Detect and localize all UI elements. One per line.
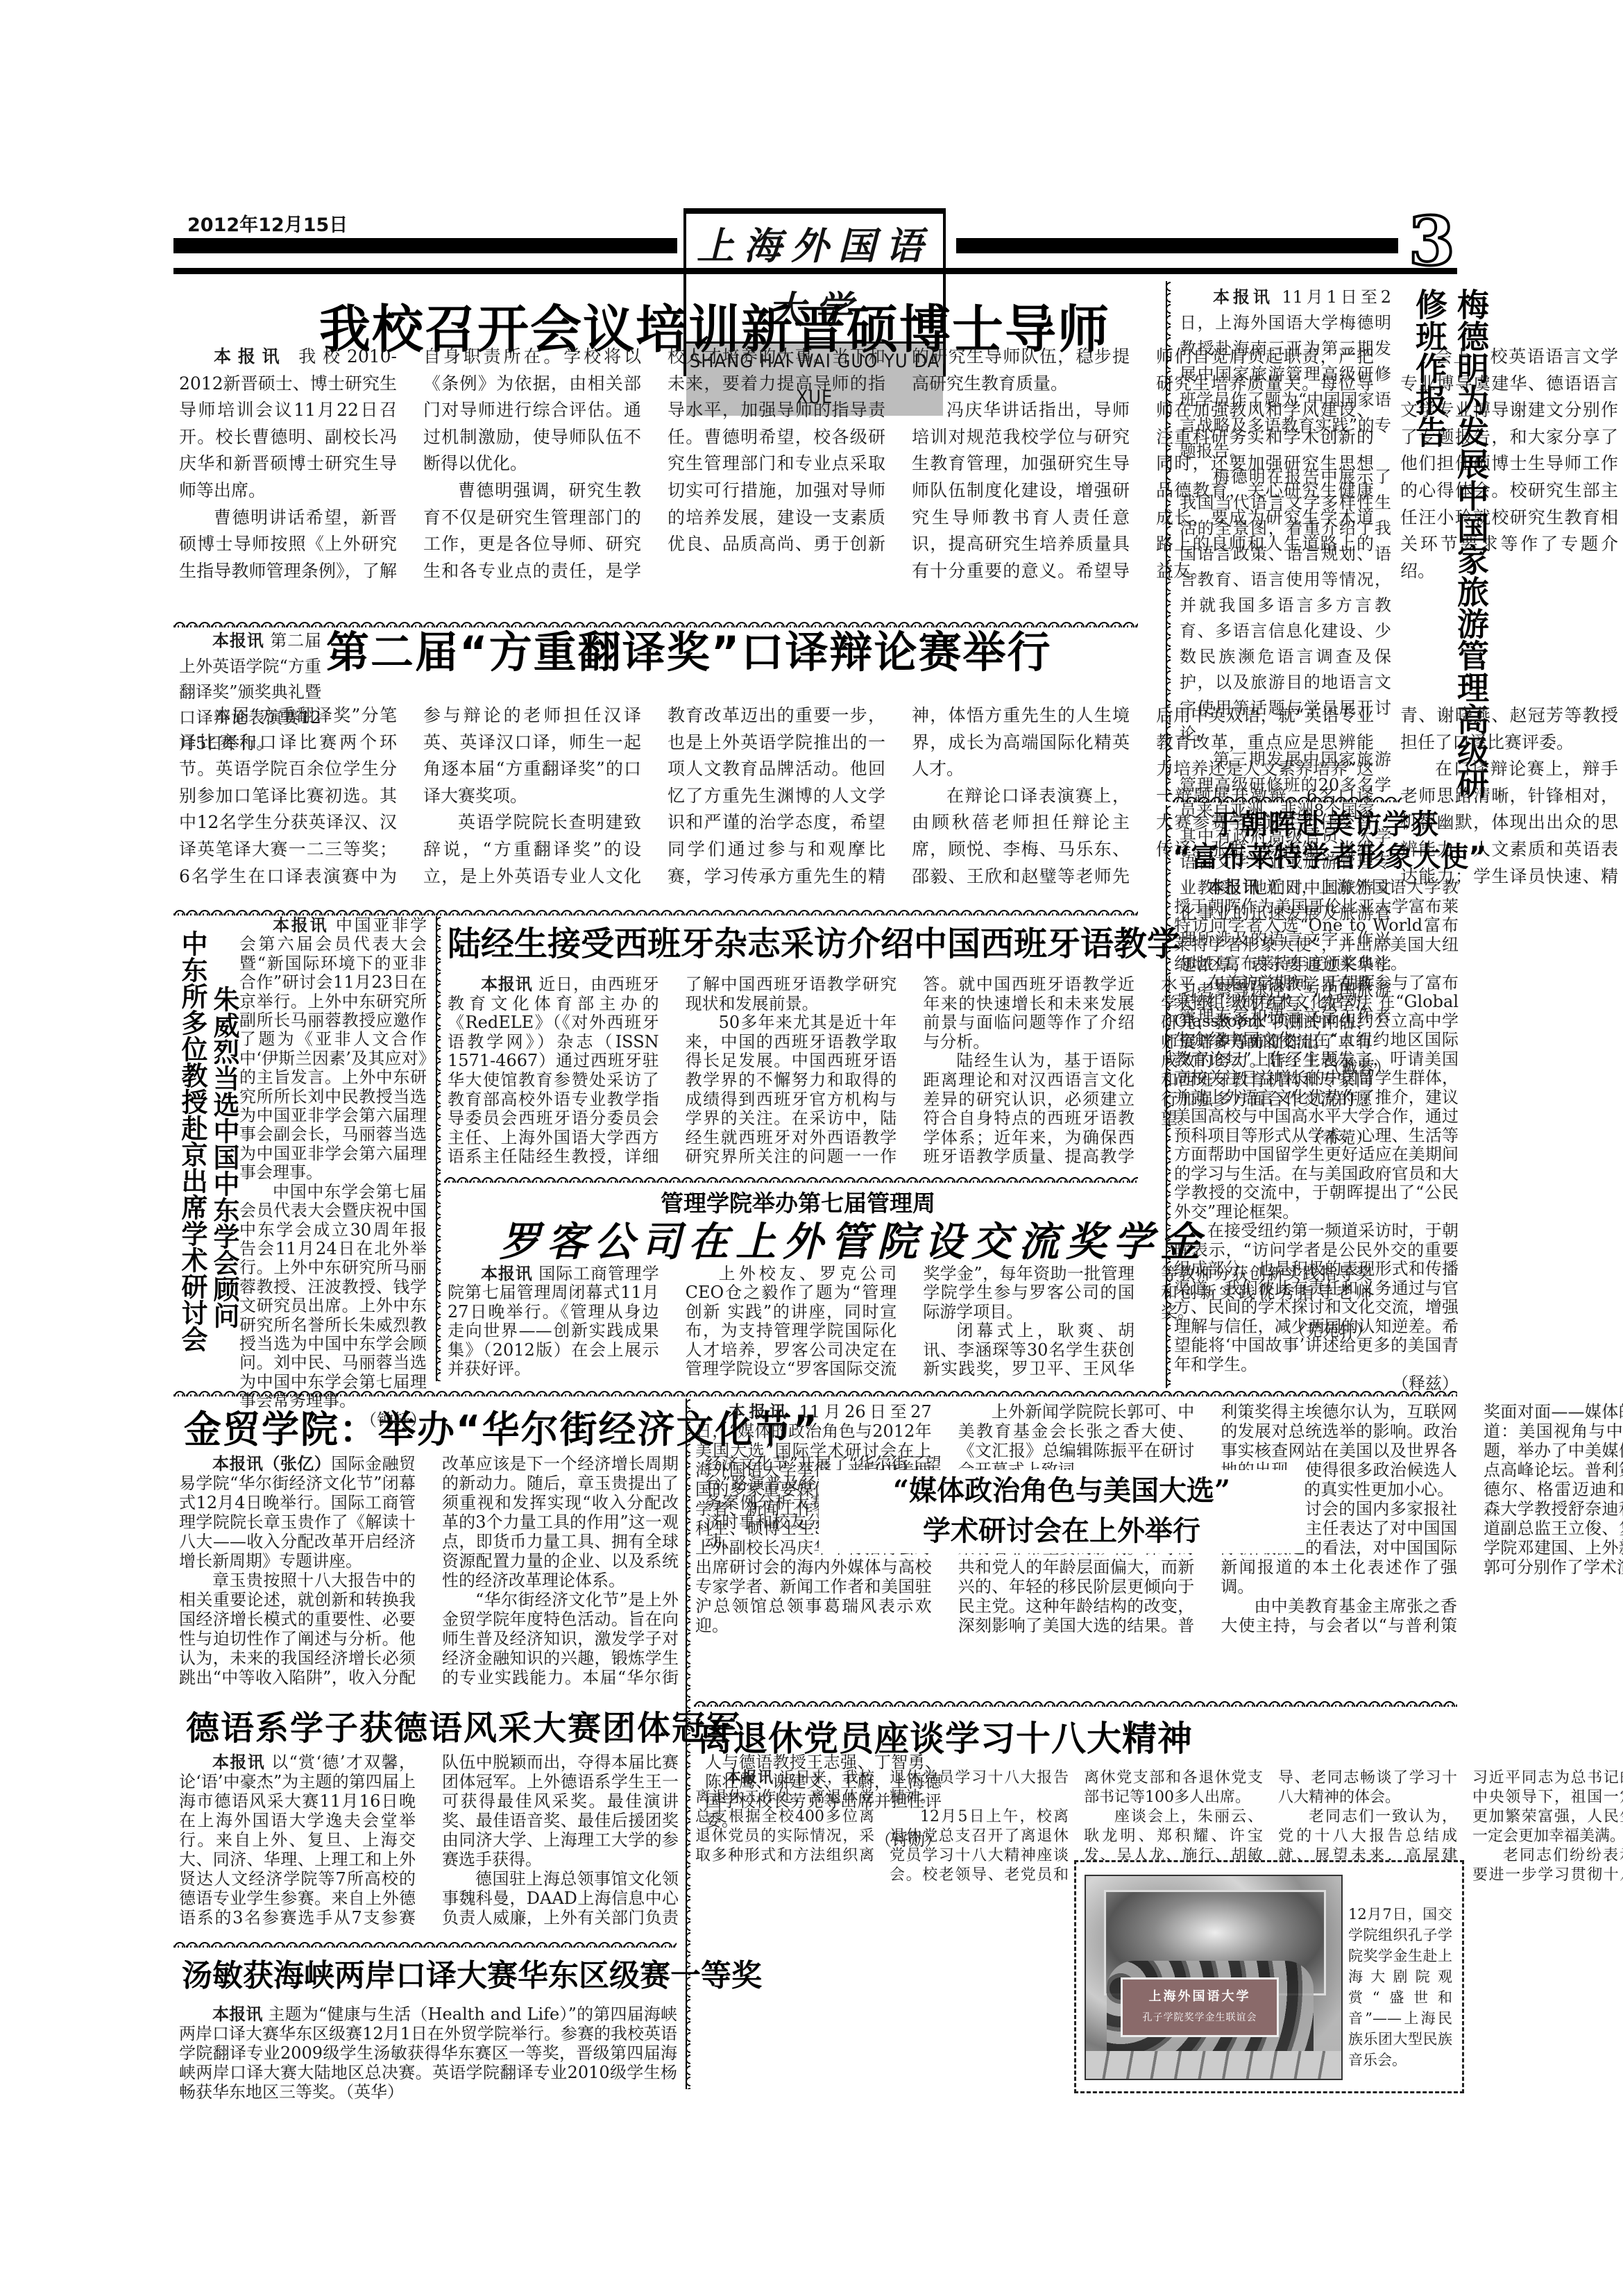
group-photo: 上海外国语大学 孔子学院奖学金生联谊会 bbox=[1085, 1875, 1343, 2080]
masthead-bar-right bbox=[956, 238, 1398, 253]
masthead-bar-left bbox=[173, 238, 677, 253]
article-tutor-training: 本报讯 我校2010-2012新晋硕士、博士研究生导师培训会议11月22日召开。… bbox=[179, 344, 1130, 611]
divider-wave bbox=[173, 1387, 1457, 1396]
headline-media-election-1: “媒体政治角色与美国大选” bbox=[819, 1470, 1305, 1512]
issue-date: 2012年12月15日 bbox=[187, 210, 348, 237]
article-fangzhong-body: 本届“方重翻译奖”分笔译比赛和口译比赛两个环节。英语学院百余位学生分别参加口笔译… bbox=[179, 702, 1130, 911]
divider-wave bbox=[173, 906, 1138, 915]
article-german-contest: 本报讯 以“赏‘德’才双馨，论‘语’中豪杰”为主题的第四届上海市德语风采大赛11… bbox=[179, 1753, 679, 1930]
divider-wave bbox=[694, 1697, 1457, 1707]
divider-wave bbox=[173, 1938, 677, 1948]
headline-fangzhong-award: 第二届“方重翻译奖”口译辩论赛举行 bbox=[326, 618, 1052, 687]
headline-media-election-2: 学术研讨会在上外举行 bbox=[819, 1512, 1305, 1551]
headline-media-election-box: “媒体政治角色与美国大选” 学术研讨会在上外举行 bbox=[819, 1470, 1305, 1553]
headline-retirees: 离退休党员座谈学习十八大精神 bbox=[697, 1711, 1193, 1766]
photo-caption: 12月7日，国交学院组织孔子学院奖学金生赴上海大剧院观赏“盛世和音”——上海民族… bbox=[1348, 1904, 1452, 2070]
kicker-roche: 管理学院举办第七届管理周 bbox=[534, 1188, 1062, 1219]
article-roche: 本报讯 国际工商管理学院第七届管理周闭幕式11月27日晚举行。《管理从身边走向世… bbox=[448, 1265, 1135, 1379]
headline-yu-zhaohui-1: 于朝晖赴美访学获 bbox=[1200, 809, 1450, 841]
article-wall-street: 本报讯（张亿）国际金融贸易学院“华尔街经济文化节”闭幕式12月4日晚举行。国际工… bbox=[179, 1454, 679, 1690]
article-tang-min: 本报讯 主题为“健康与生活（Health and Life）”的第四届海峡两岸口… bbox=[179, 2004, 677, 2102]
article-lu-jingsheng: 本报讯 近日，由西班牙教育文化体育部主办的《RedELE》（《对外西班牙语教学网… bbox=[448, 975, 1135, 1170]
divider-wave-vertical bbox=[432, 916, 441, 1381]
headline-german-contest: 德语系学子获德语风采大赛团体冠军 bbox=[186, 1704, 741, 1753]
masthead-rule bbox=[173, 268, 1457, 274]
article-middle-east: 本报讯 中国亚非学会第六届会员代表大会暨“新国际环境下的亚非合作”研讨会11月2… bbox=[239, 916, 427, 1378]
photo-box: 上海外国语大学 孔子学院奖学金生联谊会 12月7日，国交学院组织孔子学院奖学金生… bbox=[1074, 1860, 1464, 2093]
headline-tang-min: 汤敏获海峡两岸口译大赛华东区级赛一等奖 bbox=[182, 1952, 762, 2000]
floor bbox=[1086, 2051, 1341, 2079]
headline-lu-jingsheng: 陆经生接受西班牙杂志采访介绍中国西班牙语教学 bbox=[448, 916, 1180, 972]
photo-banner: 上海外国语大学 孔子学院奖学金生联谊会 bbox=[1121, 1977, 1279, 2037]
headline-yu-zhaohui-2: “富布莱特学者形象大使” bbox=[1173, 841, 1457, 873]
divider-wave bbox=[444, 1173, 1138, 1183]
page-number: 3 bbox=[1409, 208, 1455, 275]
article-lead: 本报讯 bbox=[214, 346, 286, 366]
headline-middle-east-2: 朱威烈当选中国中东学会顾问 bbox=[208, 986, 240, 1381]
headline-roche: 罗客公司在上外管院设交流奖学金 bbox=[500, 1216, 1096, 1267]
headline-middle-east-1: 中东所多位教授赴京出席学术研讨会 bbox=[176, 930, 208, 1381]
